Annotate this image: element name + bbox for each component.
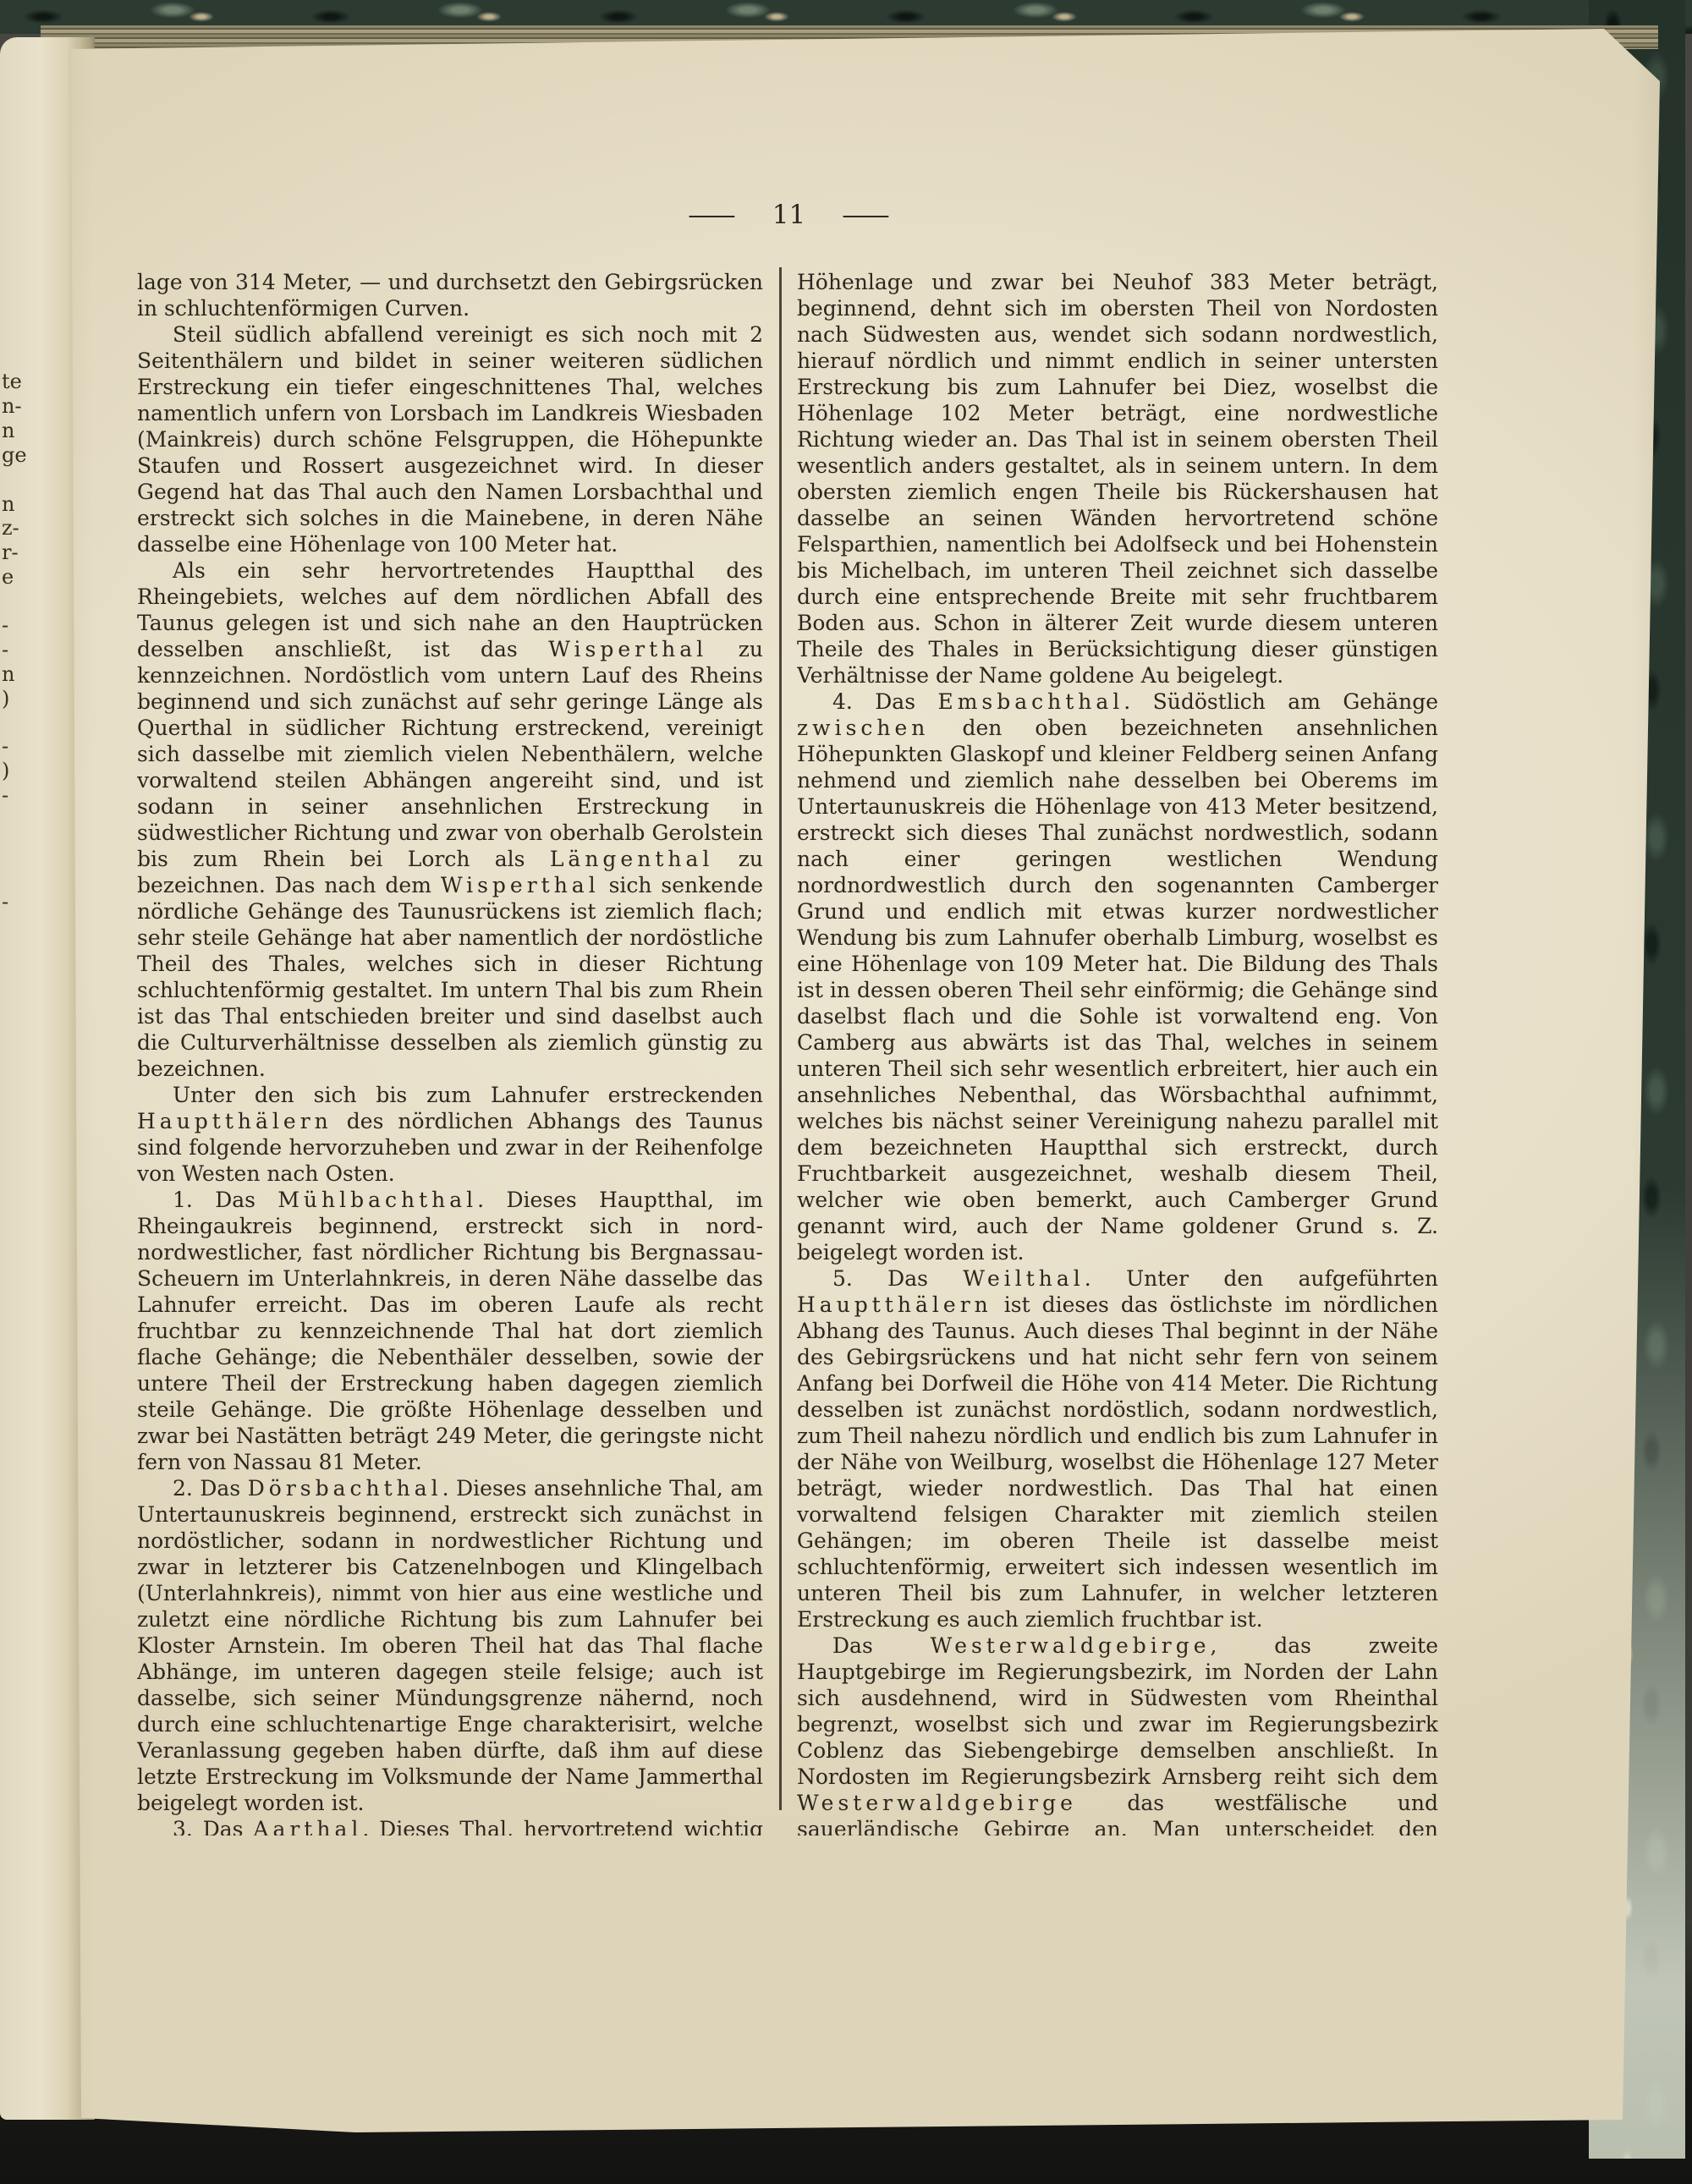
edge-fragment: n: [2, 664, 14, 684]
edge-fragment: n: [2, 420, 14, 441]
header-dash-right: —: [841, 200, 891, 230]
paragraph: 3. Das Aarthal. Dieses Thal, hervortrete…: [137, 1816, 763, 1836]
edge-fragment: ge: [2, 445, 27, 465]
edge-fragment: ): [2, 689, 9, 709]
book-page: — 11 — lage von 314 Meter, — und durchse…: [0, 0, 1692, 2184]
edge-fragment: ): [2, 760, 9, 781]
edge-fragment: te: [2, 371, 22, 392]
edge-fragment: -: [2, 736, 8, 756]
edge-fragment: e: [2, 567, 14, 587]
paragraph: Als ein sehr hervortretendes Hauptthal d…: [137, 557, 763, 1082]
photo-background: te n- n ge n z- r- e - - n ) - ) - - — 1…: [0, 0, 1692, 2184]
paragraph: Höhenlage und zwar bei Neuhof 383 Meter …: [797, 269, 1438, 689]
paragraph: 5. Das Weilthal. Unter den aufgeführten …: [797, 1265, 1438, 1633]
left-column: lage von 314 Meter, — und durchsetzt den…: [137, 269, 763, 1836]
edge-fragment: r-: [2, 542, 19, 562]
right-column: Höhenlage und zwar bei Neuhof 383 Meter …: [797, 269, 1438, 1836]
page-header: — 11 —: [135, 200, 1442, 230]
header-dash-left: —: [687, 200, 737, 230]
paragraph: Das Westerwaldgebirge, das zweite Hauptg…: [797, 1633, 1438, 1836]
edge-fragment: -: [2, 615, 8, 635]
paragraph: Unter den sich bis zum Lahnufer erstreck…: [137, 1082, 763, 1187]
edge-fragment: n: [2, 494, 14, 514]
page-number: 11: [772, 200, 805, 230]
edge-fragment: -: [2, 639, 8, 660]
paragraph: lage von 314 Meter, — und durchsetzt den…: [137, 269, 763, 321]
edge-fragment: z-: [2, 518, 19, 538]
paragraph: 1. Das Mühlbachthal. Dieses Hauptthal, i…: [137, 1187, 763, 1475]
column-divider: [779, 267, 782, 1810]
edge-fragment: -: [2, 785, 8, 805]
paragraph: Steil südlich abfallend vereinigt es sic…: [137, 321, 763, 557]
edge-fragment: n-: [2, 396, 22, 416]
paragraph: 2. Das Dörsbachthal. Dieses ansehnliche …: [137, 1475, 763, 1816]
edge-fragment: -: [2, 892, 8, 912]
paragraph: 4. Das Emsbachthal. Südöstlich am Gehäng…: [797, 689, 1438, 1265]
